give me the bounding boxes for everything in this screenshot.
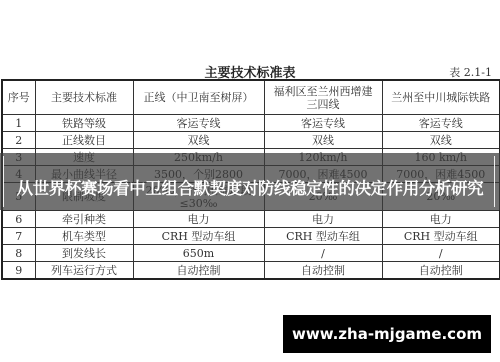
cell: 到发线长 bbox=[35, 245, 133, 262]
cell: 650m bbox=[133, 245, 264, 262]
cell: 2 bbox=[2, 132, 35, 149]
cell: 电力 bbox=[382, 211, 500, 228]
table-header-row: 序号 主要技术标准 正线（中卫南至树屏） 福利区至兰州西增建三四线 兰州至中川城… bbox=[2, 80, 500, 115]
cell: 机车类型 bbox=[35, 228, 133, 245]
header-cell: 福利区至兰州西增建三四线 bbox=[264, 80, 382, 115]
cell: CRH 型动车组 bbox=[382, 228, 500, 245]
site-watermark: www.zha-mjgame.com bbox=[283, 315, 491, 353]
table-row: 9 列车运行方式 自动控制 自动控制 自动控制 bbox=[2, 262, 500, 280]
cell: 铁路等级 bbox=[35, 115, 133, 132]
header-cell: 正线（中卫南至树屏） bbox=[133, 80, 264, 115]
header-cell: 主要技术标准 bbox=[35, 80, 133, 115]
cell: / bbox=[382, 245, 500, 262]
header-cell: 兰州至中川城际铁路 bbox=[382, 80, 500, 115]
cell: / bbox=[264, 245, 382, 262]
article-headline: 从世界杯赛场看中卫组合默契度对防线稳定性的决定作用分析研究 bbox=[0, 175, 500, 199]
cell: 1 bbox=[2, 115, 35, 132]
table-row: 1 铁路等级 客运专线 客运专线 客运专线 bbox=[2, 115, 500, 132]
table-row: 8 到发线长 650m / / bbox=[2, 245, 500, 262]
cell: 自动控制 bbox=[264, 262, 382, 280]
cell: 列车运行方式 bbox=[35, 262, 133, 280]
table-row: 7 机车类型 CRH 型动车组 CRH 型动车组 CRH 型动车组 bbox=[2, 228, 500, 245]
cell: 客运专线 bbox=[133, 115, 264, 132]
table-row: 2 正线数目 双线 双线 双线 bbox=[2, 132, 500, 149]
cell: 7 bbox=[2, 228, 35, 245]
cell: 双线 bbox=[133, 132, 264, 149]
table-row: 6 牵引种类 电力 电力 电力 bbox=[2, 211, 500, 228]
cell: 正线数目 bbox=[35, 132, 133, 149]
cell: 8 bbox=[2, 245, 35, 262]
cell: 电力 bbox=[133, 211, 264, 228]
cell: 客运专线 bbox=[264, 115, 382, 132]
cell: 自动控制 bbox=[133, 262, 264, 280]
cell: 双线 bbox=[264, 132, 382, 149]
cell: 9 bbox=[2, 262, 35, 280]
cell: 自动控制 bbox=[382, 262, 500, 280]
cell: CRH 型动车组 bbox=[133, 228, 264, 245]
cell: 6 bbox=[2, 211, 35, 228]
header-cell: 序号 bbox=[2, 80, 35, 115]
cell: 双线 bbox=[382, 132, 500, 149]
cell: 牵引种类 bbox=[35, 211, 133, 228]
cell: 电力 bbox=[264, 211, 382, 228]
table-number: 表 2.1-1 bbox=[449, 64, 492, 80]
cell: CRH 型动车组 bbox=[264, 228, 382, 245]
cell: 客运专线 bbox=[382, 115, 500, 132]
